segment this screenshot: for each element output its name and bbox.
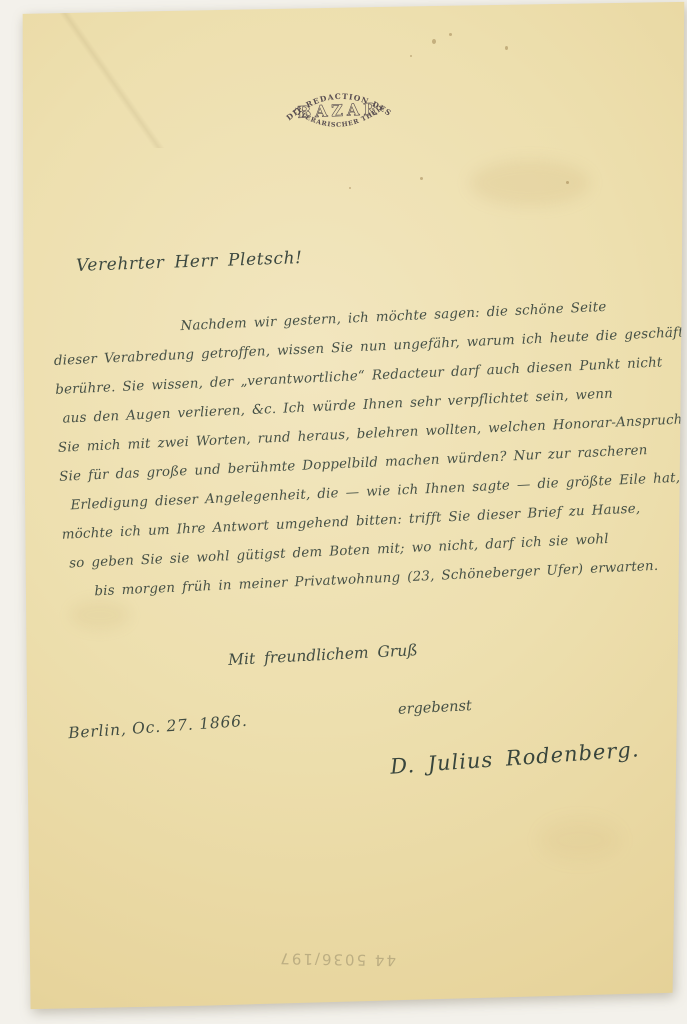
pencil-archive-number: 44 5036/197 xyxy=(236,949,396,970)
letter-photo: DIE REDACTION DES BAZAR LITERARISCHER TH… xyxy=(0,0,687,1024)
foxing-spot xyxy=(432,39,436,44)
redaction-stamp: DIE REDACTION DES BAZAR LITERARISCHER TH… xyxy=(282,78,397,145)
paper-crease xyxy=(10,8,210,148)
letter-paper: DIE REDACTION DES BAZAR LITERARISCHER TH… xyxy=(0,0,687,1024)
foxing-spot xyxy=(420,177,423,180)
valediction: ergebenst xyxy=(398,698,473,718)
foxing-spot xyxy=(349,187,351,189)
stamp-graphic: DIE REDACTION DES BAZAR LITERARISCHER TH… xyxy=(282,78,396,140)
foxing-spot xyxy=(449,33,452,36)
letter-body: Nachdem wir gestern, ich möchte sagen: d… xyxy=(52,291,657,608)
foxing-spot xyxy=(566,181,569,184)
paper-stain xyxy=(540,820,620,860)
place-date: Berlin, Oc. 27. 1866. xyxy=(68,712,249,742)
paper-stain xyxy=(470,160,590,206)
foxing-spot xyxy=(505,46,508,50)
paper-shadow: DIE REDACTION DES BAZAR LITERARISCHER TH… xyxy=(0,0,687,1024)
salutation: Verehrter Herr Pletsch! xyxy=(76,248,303,276)
closing: Mit freundlichem Gruß xyxy=(228,641,418,669)
signature: D. Julius Rodenberg. xyxy=(389,737,640,778)
foxing-spot xyxy=(410,55,412,57)
